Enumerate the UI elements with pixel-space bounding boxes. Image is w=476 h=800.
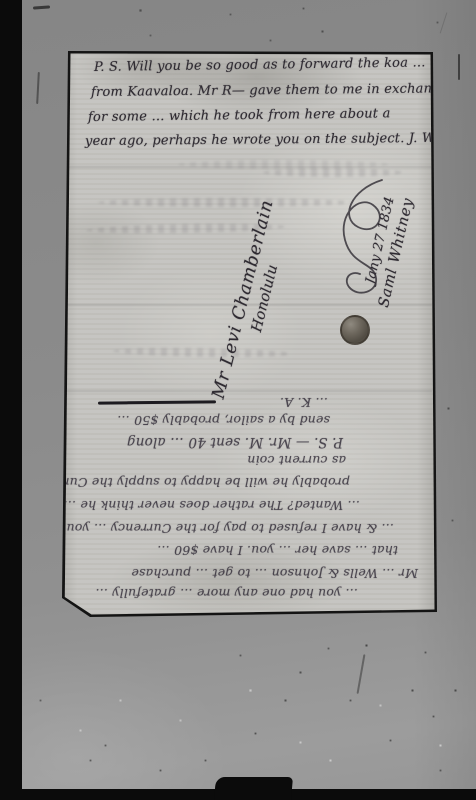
film-frame-notch [214,777,293,800]
flipped-line: Mr … Wells & Johnson … to get … purchase [131,566,418,581]
scratch-mark [458,54,460,80]
flipped-line-ps: P. S. — Mr. M. sent 40 … along [127,434,343,450]
wax-seal [340,315,370,345]
postscript-line-2: from Kaavaloa. Mr R— gave them to me in … [91,81,449,100]
signature-flourish-icon [328,174,402,300]
flipped-line: as current coin [247,453,346,468]
flipped-line: … Wanted? The rather does never think he… [63,498,360,513]
ink-bleedthrough [98,198,353,207]
flipped-line: that … save her … you. I have $60 … [157,543,398,558]
signature-rule [98,400,216,404]
postscript-line-1: P. S. Will you be so good as to forward … [94,55,426,75]
flipped-line: … you had one any more … gratefully … [95,586,358,601]
dust-specks-light [0,0,1,1]
paper-surface: P. S. Will you be so good as to forward … [58,48,440,620]
postscript-line-4: year ago, perhaps he wrote you on the su… [85,131,438,149]
postscript-line-3: for some … which he took from here about… [88,106,391,125]
flipped-line: … & have I refused to pay for the Curren… [66,521,394,536]
flipped-line: send by a sailor, probably $50 … [117,413,330,428]
letter-paper: P. S. Will you be so good as to forward … [58,48,440,620]
flipped-text-block: … you had one any more … gratefully … Mr… [70,390,430,615]
flipped-line: … K. A. [280,395,328,410]
